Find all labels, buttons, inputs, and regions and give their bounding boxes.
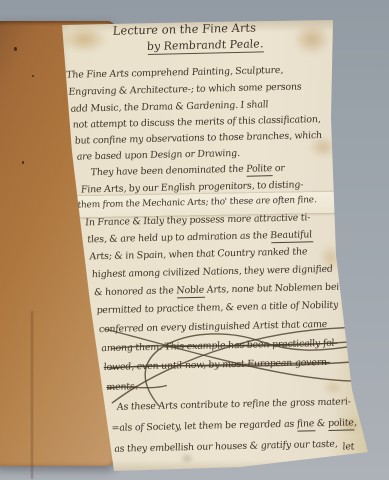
- manuscript-line: not attempt to discuss the merits of thi…: [70, 114, 321, 131]
- manuscript-line: Fine Arts, by our English progenitors, t…: [78, 179, 303, 195]
- title-line-1: Lecture on the Fine Arts: [110, 21, 257, 38]
- cover-speck: [32, 75, 34, 77]
- crossout-marks: [88, 312, 389, 415]
- manuscript-line: They have been denominated the Polite or: [76, 163, 285, 179]
- manuscript-line: The Fine Arts comprehend Painting, Sculp…: [64, 65, 284, 81]
- manuscript-line: & honored as the Noble Arts, none but No…: [91, 281, 351, 298]
- manuscript-line: but confine my observations to those bra…: [72, 130, 323, 147]
- manuscript-line: are based upon Design or Drawing.: [74, 148, 240, 163]
- photo-background: Lecture on the Fine Arts by Rembrandt Pe…: [0, 0, 389, 480]
- manuscript-line: Engraving & Architecture-; to which some…: [66, 81, 302, 97]
- underlined-word: Beautiful: [270, 229, 313, 242]
- manuscript-line: add Music, the Drama & Gardening. I shal…: [68, 99, 269, 115]
- underlined-word: Noble: [176, 285, 205, 298]
- manuscript-line: as they embellish our houses & gratify o…: [112, 439, 339, 455]
- underlined-word: polite: [327, 417, 354, 430]
- title-line-2: by Rembrandt Peale.: [144, 37, 264, 53]
- manuscript-text: Lecture on the Fine Arts by Rembrandt Pe…: [57, 11, 389, 475]
- manuscript-line: In France & Italy they possess more attr…: [83, 212, 311, 228]
- manuscript-line-on-slip: uish them from the Mechanic Arts; tho' t…: [54, 195, 317, 211]
- catchword: let: [340, 441, 355, 452]
- manuscript-line: =als of Society, let them be regarded as…: [109, 417, 357, 434]
- cover-seam: [31, 311, 33, 479]
- underlined-word: fine: [296, 418, 315, 431]
- underlined-word: Polite: [246, 163, 273, 176]
- manuscript-line: Arts; & in Spain, when that Country rank…: [87, 246, 308, 262]
- manuscript-line: tles, & are held up to admiration as the…: [85, 229, 313, 245]
- cover-speck: [14, 47, 17, 51]
- cover-speck: [22, 161, 24, 164]
- manuscript-line: highest among civilized Nations, they we…: [89, 264, 333, 280]
